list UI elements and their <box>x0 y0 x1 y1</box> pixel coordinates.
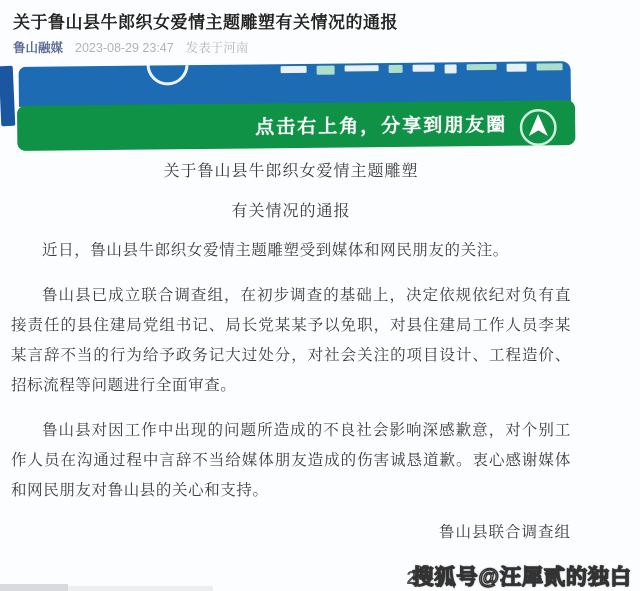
account-name[interactable]: 鲁山融媒 <box>13 38 63 56</box>
arrow-up-share-icon <box>517 106 559 148</box>
sohu-watermark: 搜狐号@汪犀贰的独白 <box>413 561 632 591</box>
doc-body: 近日，鲁山县牛郎织女爱情主题雕塑受到媒体和网民朋友的关注。 鲁山县已成立联合调查… <box>11 236 571 521</box>
publish-location: 发表于河南 <box>186 38 249 56</box>
share-instruction-text: 点击右上角，分享到朋友圈 <box>255 110 507 140</box>
paragraph-3: 鲁山县对因工作中出现的问题所造成的不良社会影响深感歉意，对个别工作人员在沟通过程… <box>11 416 571 506</box>
article-page: 关于鲁山县牛郎织女爱情主题雕塑有关情况的通报 鲁山融媒 2023-08-29 2… <box>0 0 640 591</box>
paragraph-1: 近日，鲁山县牛郎织女爱情主题雕塑受到媒体和网民朋友的关注。 <box>11 236 571 266</box>
page-title: 关于鲁山县牛郎织女爱情主题雕塑有关情况的通报 <box>13 8 620 33</box>
banner-image: 点击右上角，分享到朋友圈 <box>17 61 578 152</box>
clipped-text-fragments <box>281 63 563 75</box>
banner-left-sliver <box>0 66 15 127</box>
banner-green-bar: 点击右上角，分享到朋友圈 <box>17 100 575 151</box>
paragraph-2: 鲁山县已成立联合调查组，在初步调查的基础上，决定依规依纪对负有直接责任的县住建局… <box>11 281 571 401</box>
bottom-edge-strip <box>0 584 68 591</box>
byline: 鲁山融媒 2023-08-29 23:47 发表于河南 <box>13 38 248 56</box>
signature: 鲁山县联合调查组 <box>11 520 571 542</box>
bottom-edge-strip-light <box>68 586 213 591</box>
publish-timestamp: 2023-08-29 23:47 <box>75 41 174 55</box>
doc-heading-line1: 关于鲁山县牛郎织女爱情主题雕塑 <box>11 158 571 181</box>
footer-watermark-row: 2 搜狐号@汪犀贰的独白 <box>407 561 633 591</box>
logo-arc <box>146 61 188 85</box>
doc-heading-line2: 有关情况的通报 <box>11 198 571 221</box>
